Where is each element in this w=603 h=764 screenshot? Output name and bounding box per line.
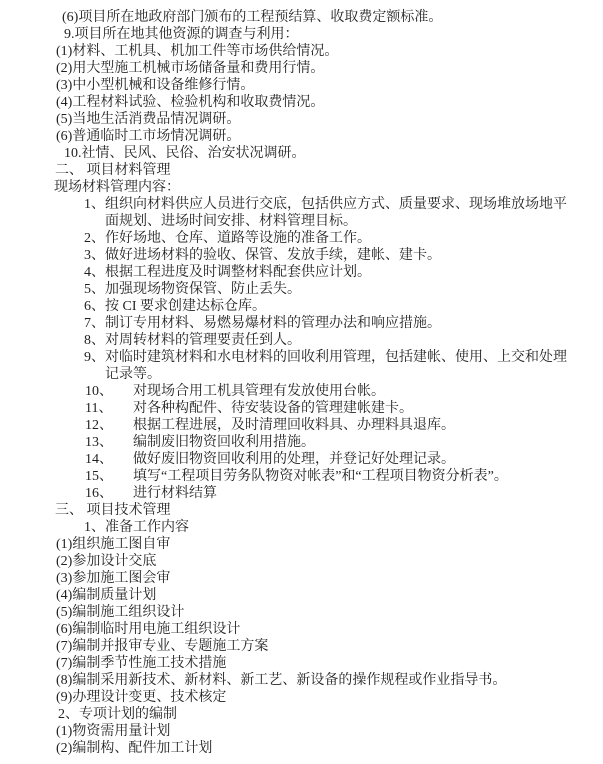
doc-line: 二、 项目材料管理 <box>0 162 603 179</box>
line-text: 面规划、进场时间安排、材料管理目标。 <box>105 214 357 229</box>
line-text: 9、对临时建筑材料和水电材料的回收利用管理，包括建帐、使用、上交和处理 <box>84 350 567 365</box>
line-text: (2)用大型施工机械市场储备量和费用行情。 <box>56 61 324 76</box>
item-number: 15、 <box>85 468 133 485</box>
doc-line: (1)组织施工图自审 <box>0 536 603 553</box>
doc-line: 8、对周转材料的管理要责任到人。 <box>0 332 603 349</box>
line-text: (2)编制构、配件加工计划 <box>56 741 212 756</box>
doc-line: 1、组织向材料供应人员进行交底，包括供应方式、质量要求、现场堆放场地平 <box>0 196 603 213</box>
doc-line: 6、按 CI 要求创建达标仓库。 <box>0 298 603 315</box>
doc-line: 2、作好场地、仓库、道路等设施的准备工作。 <box>0 230 603 247</box>
doc-line: (6)普通临时工市场情况调研。 <box>0 128 603 145</box>
doc-line: 4、根据工程进度及时调整材料配套供应计划。 <box>0 264 603 281</box>
doc-line: 9、对临时建筑材料和水电材料的回收利用管理，包括建帐、使用、上交和处理 <box>0 349 603 366</box>
line-text: (3)参加施工图会审 <box>56 571 170 586</box>
doc-line: (1)物资需用量计划 <box>0 723 603 740</box>
doc-line: (2)参加设计交底 <box>0 553 603 570</box>
doc-line: 三、 项目技术管理 <box>0 502 603 519</box>
line-text: 1、准备工作内容 <box>84 520 189 535</box>
doc-line: (3)参加施工图会审 <box>0 570 603 587</box>
doc-line: (1)材料、工机具、机加工件等市场供给情况。 <box>0 43 603 60</box>
document-page: (6)项目所在地政府部门颁布的工程预结算、收取费定额标准。9.项目所在地其他资源… <box>0 0 603 764</box>
line-text: (2)参加设计交底 <box>56 554 156 569</box>
item-number: 14、 <box>85 451 133 468</box>
line-text: 8、对周转材料的管理要责任到人。 <box>84 333 301 348</box>
line-text: 9.项目所在地其他资源的调查与利用： <box>64 27 299 42</box>
doc-line: (5)当地生活消费品情况调研。 <box>0 111 603 128</box>
line-text: (6)普通临时工市场情况调研。 <box>56 129 240 144</box>
item-number: 12、 <box>85 417 133 434</box>
doc-line: 面规划、进场时间安排、材料管理目标。 <box>0 213 603 230</box>
line-text: (5)当地生活消费品情况调研。 <box>56 112 240 127</box>
doc-line: (6)编制临时用电施工组织设计 <box>0 621 603 638</box>
doc-line: 7、制订专用材料、易燃易爆材料的管理办法和响应措施。 <box>0 315 603 332</box>
line-text: 二、 项目材料管理 <box>55 163 171 178</box>
line-text: 对各种构配件、待安装设备的管理建帐建卡。 <box>133 401 413 416</box>
doc-line: (8)编制采用新技术、新材料、新工艺、新设备的操作规程或作业指导书。 <box>0 672 603 689</box>
item-number: 10、 <box>85 383 133 400</box>
doc-line: 现场材料管理内容： <box>0 179 603 196</box>
line-text: (6)编制临时用电施工组织设计 <box>56 622 240 637</box>
line-text: 5、加强现场物资保管、防止丢失。 <box>84 282 301 297</box>
doc-line: (6)项目所在地政府部门颁布的工程预结算、收取费定额标准。 <box>0 9 603 26</box>
item-number: 11、 <box>85 400 133 417</box>
item-number: 16、 <box>85 485 133 502</box>
doc-line: 3、做好进场材料的验收、保管、发放手续，建帐、建卡。 <box>0 247 603 264</box>
doc-line: 16、进行材料结算 <box>0 485 603 502</box>
line-text: 10.社情、民风、民俗、治安状况调研。 <box>64 146 306 161</box>
line-text: (5)编制施工组织设计 <box>56 605 184 620</box>
line-text: 三、 项目技术管理 <box>55 503 171 518</box>
line-text: 记录等。 <box>105 367 161 382</box>
doc-line: 记录等。 <box>0 366 603 383</box>
line-text: 2、作好场地、仓库、道路等设施的准备工作。 <box>84 231 371 246</box>
line-text: (6)项目所在地政府部门颁布的工程预结算、收取费定额标准。 <box>62 10 442 25</box>
line-text: (9)办理设计变更、技术核定 <box>56 690 226 705</box>
line-text: 根据工程进展，及时清理回收料具、办理料具退库。 <box>133 418 455 433</box>
line-text: 现场材料管理内容： <box>54 180 180 195</box>
line-text: (1)物资需用量计划 <box>56 724 170 739</box>
doc-line: 10.社情、民风、民俗、治安状况调研。 <box>0 145 603 162</box>
doc-line: (4)编制质量计划 <box>0 587 603 604</box>
line-text: 2、专项计划的编制 <box>58 707 177 722</box>
doc-line: 14、做好废旧物资回收利用的处理，并登记好处理记录。 <box>0 451 603 468</box>
line-text: (1)材料、工机具、机加工件等市场供给情况。 <box>56 44 338 59</box>
doc-line: (7)编制并报审专业、专题施工方案 <box>0 638 603 655</box>
line-text: (4)编制质量计划 <box>56 588 156 603</box>
line-text: (3)中小型机械和设备维修行情。 <box>56 78 254 93</box>
item-number: 13、 <box>85 434 133 451</box>
line-text: 1、组织向材料供应人员进行交底，包括供应方式、质量要求、现场堆放场地平 <box>84 197 567 212</box>
line-text: (7)编制并报审专业、专题施工方案 <box>56 639 268 654</box>
doc-line: (9)办理设计变更、技术核定 <box>0 689 603 706</box>
doc-line: 13、编制废旧物资回收利用措施。 <box>0 434 603 451</box>
doc-line: (4)工程材料试验、检验机构和收取费情况。 <box>0 94 603 111</box>
document-lines: (6)项目所在地政府部门颁布的工程预结算、收取费定额标准。9.项目所在地其他资源… <box>0 0 603 757</box>
line-text: 3、做好进场材料的验收、保管、发放手续，建帐、建卡。 <box>84 248 441 263</box>
doc-line: (5)编制施工组织设计 <box>0 604 603 621</box>
doc-line: (3)中小型机械和设备维修行情。 <box>0 77 603 94</box>
line-text: 4、根据工程进度及时调整材料配套供应计划。 <box>84 265 371 280</box>
line-text: 进行材料结算 <box>133 486 217 501</box>
doc-line: 5、加强现场物资保管、防止丢失。 <box>0 281 603 298</box>
doc-line: 2、专项计划的编制 <box>0 706 603 723</box>
doc-line: 1、准备工作内容 <box>0 519 603 536</box>
line-text: 7、制订专用材料、易燃易爆材料的管理办法和响应措施。 <box>84 316 441 331</box>
line-text: (8)编制采用新技术、新材料、新工艺、新设备的操作规程或作业指导书。 <box>56 673 506 688</box>
line-text: 对现场合用工机具管理有发放使用台帐。 <box>133 384 385 399</box>
line-text: 编制废旧物资回收利用措施。 <box>133 435 315 450</box>
doc-line: 10、对现场合用工机具管理有发放使用台帐。 <box>0 383 603 400</box>
line-text: 6、按 CI 要求创建达标仓库。 <box>84 299 266 314</box>
doc-line: 11、对各种构配件、待安装设备的管理建帐建卡。 <box>0 400 603 417</box>
doc-line: (2)用大型施工机械市场储备量和费用行情。 <box>0 60 603 77</box>
line-text: (1)组织施工图自审 <box>56 537 170 552</box>
line-text: 填写“工程项目劳务队物资对帐表”和“工程项目物资分析表”。 <box>133 469 508 484</box>
line-text: (7)编制季节性施工技术措施 <box>56 656 226 671</box>
line-text: 做好废旧物资回收利用的处理，并登记好处理记录。 <box>133 452 455 467</box>
line-text: (4)工程材料试验、检验机构和收取费情况。 <box>56 95 324 110</box>
doc-line: 9.项目所在地其他资源的调查与利用： <box>0 26 603 43</box>
doc-line: 12、根据工程进展，及时清理回收料具、办理料具退库。 <box>0 417 603 434</box>
doc-line: (2)编制构、配件加工计划 <box>0 740 603 757</box>
doc-line: 15、填写“工程项目劳务队物资对帐表”和“工程项目物资分析表”。 <box>0 468 603 485</box>
doc-line: (7)编制季节性施工技术措施 <box>0 655 603 672</box>
